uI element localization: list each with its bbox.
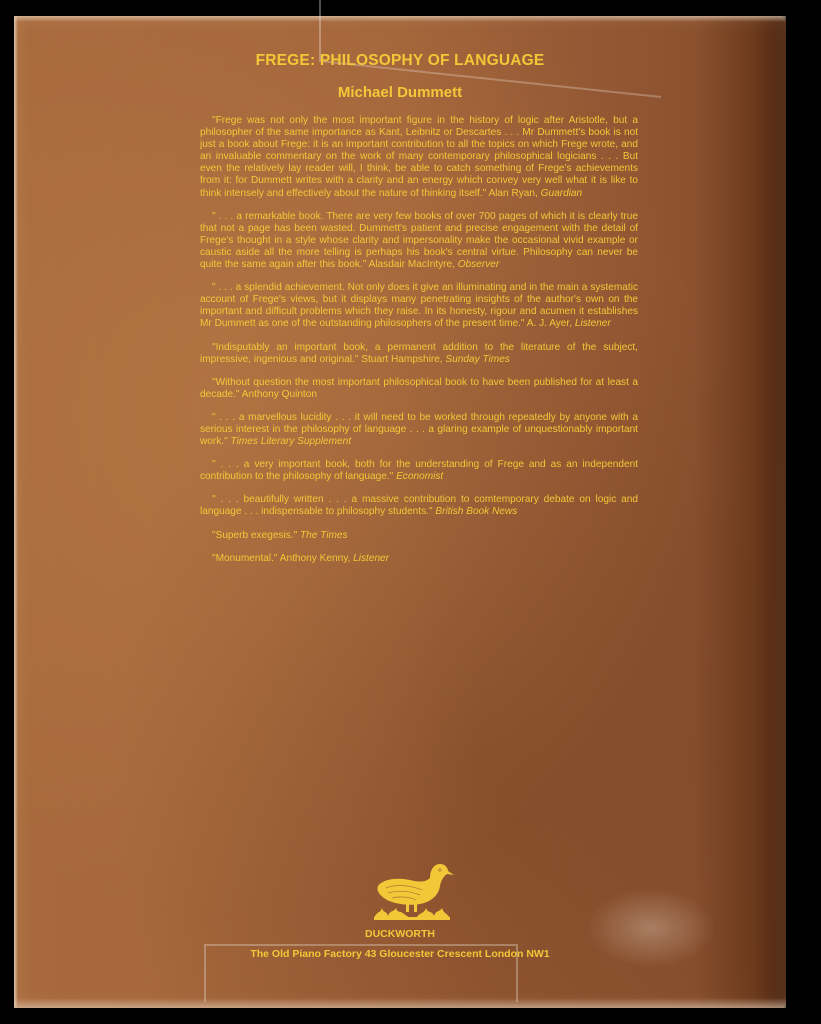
- review-source: British Book News: [435, 506, 517, 517]
- review-list: "Frege was not only the most important f…: [200, 115, 638, 576]
- review-source: Listener: [353, 553, 389, 564]
- quote-text: " . . . beautifully written . . . a mass…: [200, 494, 638, 517]
- book-author: Michael Dummett: [14, 84, 786, 101]
- cover-edge-wear: [14, 16, 18, 1008]
- review-source: Observer: [458, 259, 500, 270]
- review-quote: "Without question the most important phi…: [200, 377, 638, 401]
- review-quote: " . . . beautifully written . . . a mass…: [200, 494, 638, 518]
- review-source: Listener: [575, 318, 611, 329]
- reviewer: Stuart Hampshire,: [361, 354, 442, 365]
- review-quote: "Superb exegesis." The Times: [200, 530, 638, 542]
- reviewer: Alan Ryan,: [488, 188, 537, 199]
- review-quote: " . . . a splendid achievement. Not only…: [200, 282, 638, 330]
- reviewer: A. J. Ayer,: [527, 318, 572, 329]
- reviewer: Alasdair MacIntyre,: [369, 259, 455, 270]
- review-quote: " . . . a very important book, both for …: [200, 459, 638, 483]
- quote-text: " . . . a splendid achievement. Not only…: [200, 282, 638, 329]
- quote-text: "Monumental.": [212, 553, 278, 564]
- review-source: Sunday Times: [445, 354, 509, 365]
- quote-text: "Frege was not only the most important f…: [200, 115, 638, 199]
- reviewer: Anthony Kenny,: [280, 553, 351, 564]
- reviewer: Anthony Quinton: [242, 389, 317, 400]
- quote-text: "Superb exegesis.": [212, 530, 297, 541]
- review-quote: "Frege was not only the most important f…: [200, 115, 638, 200]
- review-source: The Times: [300, 530, 348, 541]
- review-quote: "Indisputably an important book, a perma…: [200, 342, 638, 366]
- publisher-address: The Old Piano Factory 43 Gloucester Cres…: [14, 948, 786, 960]
- review-source: Times Literary Supplement: [231, 436, 352, 447]
- book-title: FREGE: PHILOSOPHY OF LANGUAGE: [14, 52, 786, 70]
- review-quote: "Monumental." Anthony Kenny, Listener: [200, 553, 638, 565]
- duck-icon: [370, 860, 454, 922]
- publisher-name: DUCKWORTH: [14, 928, 786, 940]
- review-source: Guardian: [541, 188, 583, 199]
- book-back-cover: FREGE: PHILOSOPHY OF LANGUAGE Michael Du…: [14, 16, 786, 1008]
- review-quote: " . . . a remarkable book. There are ver…: [200, 211, 638, 271]
- review-quote: " . . . a marvellous lucidity . . . it w…: [200, 412, 638, 448]
- review-source: Economist: [396, 471, 443, 482]
